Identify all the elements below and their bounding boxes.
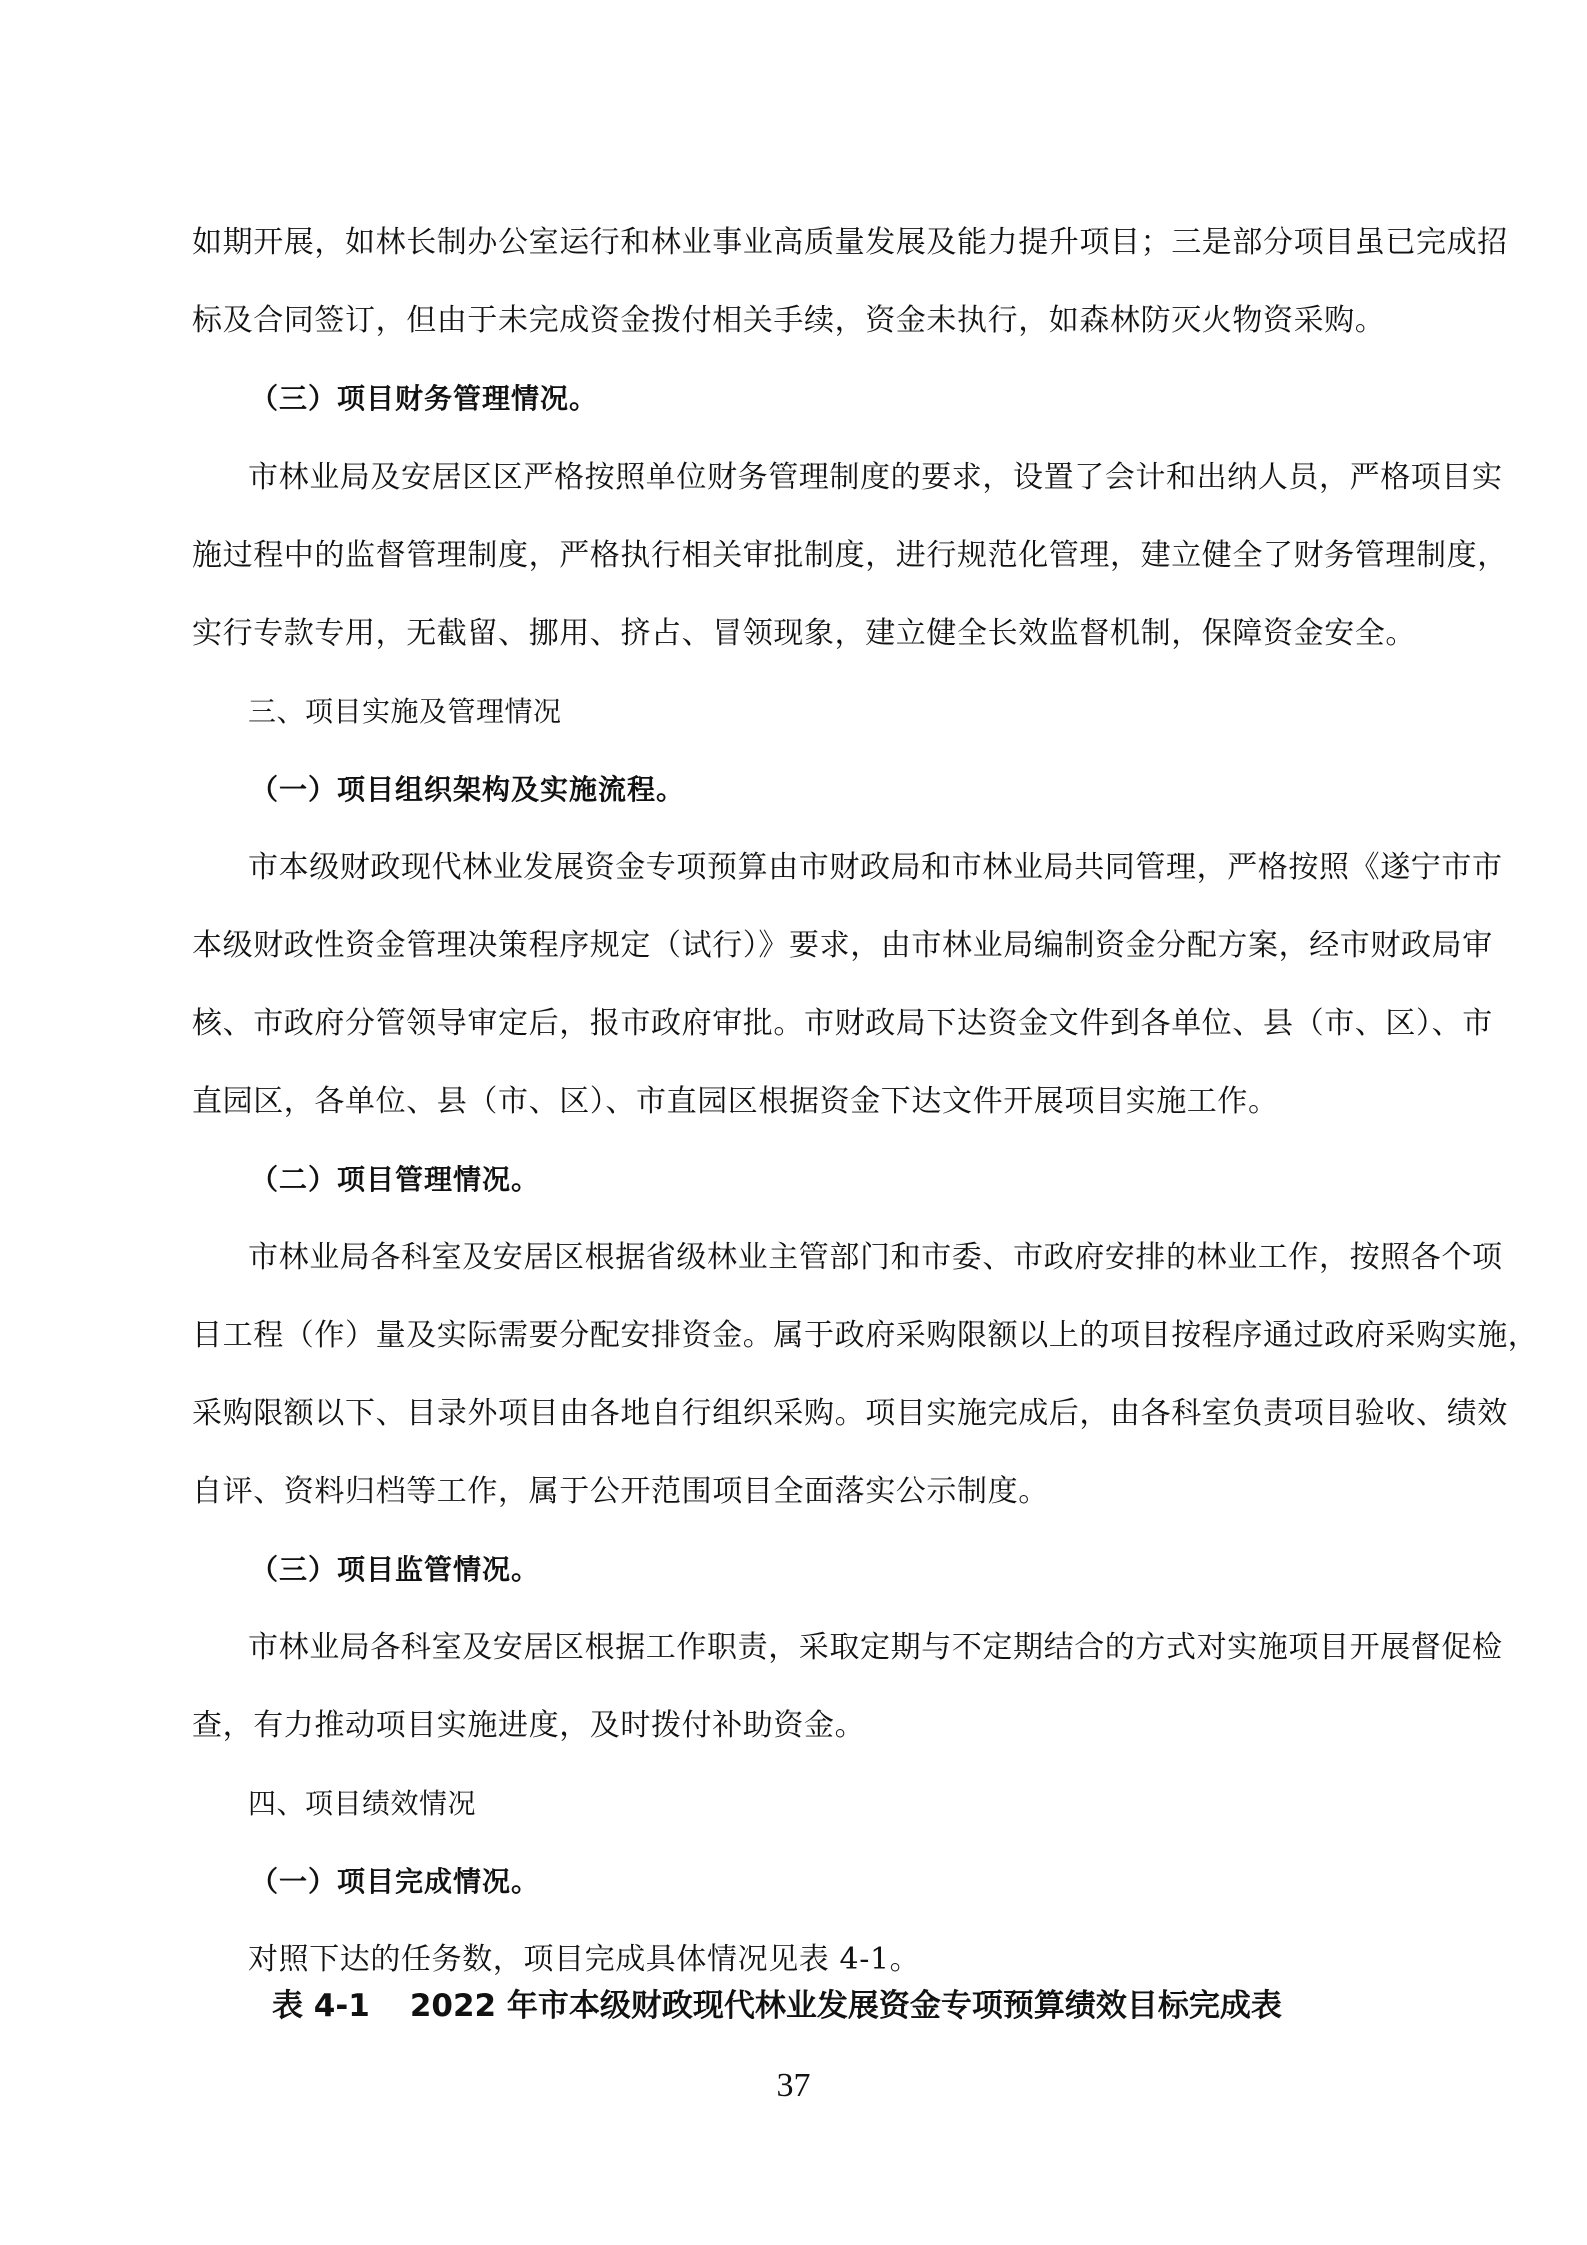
paragraph-line: 采购限额以下、目录外项目由各地自行组织采购。项目实施完成后，由各科室负责项目验收… xyxy=(192,1394,1408,1434)
paragraph-line: 实行专款专用，无截留、挪用、挤占、冒领现象，建立健全长效监督机制，保障资金安全。 xyxy=(192,614,1408,654)
subheading-project-management: （二）项目管理情况。 xyxy=(250,1160,540,1200)
section-heading-performance: 四、项目绩效情况 xyxy=(248,1784,476,1824)
paragraph-line: 核、市政府分管领导审定后，报市政府审批。市财政局下达资金文件到各单位、县（市、区… xyxy=(192,1004,1408,1044)
table-number: 表 4-1 xyxy=(272,1988,370,2024)
table-caption: 表 4-12022 年市本级财政现代林业发展资金专项预算绩效目标完成表 xyxy=(272,1984,1332,2028)
section-heading-implementation: 三、项目实施及管理情况 xyxy=(248,692,562,732)
paragraph-line: 如期开展，如林长制办公室运行和林业事业高质量发展及能力提升项目；三是部分项目虽已… xyxy=(192,223,1408,263)
paragraph-line: 直园区，各单位、县（市、区）、市直园区根据资金下达文件开展项目实施工作。 xyxy=(192,1082,1408,1122)
document-page: 如期开展，如林长制办公室运行和林业事业高质量发展及能力提升项目；三是部分项目虽已… xyxy=(0,0,1587,2245)
paragraph-line: 施过程中的监督管理制度，严格执行相关审批制度，进行规范化管理，建立健全了财务管理… xyxy=(192,536,1408,576)
paragraph-line: 市林业局及安居区区严格按照单位财务管理制度的要求，设置了会计和出纳人员，严格项目… xyxy=(248,458,1408,498)
subheading-completion: （一）项目完成情况。 xyxy=(250,1862,540,1902)
paragraph-line: 目工程（作）量及实际需要分配安排资金。属于政府采购限额以上的项目按程序通过政府采… xyxy=(192,1316,1408,1356)
paragraph-line: 市林业局各科室及安居区根据工作职责，采取定期与不定期结合的方式对实施项目开展督促… xyxy=(248,1628,1408,1668)
paragraph-line: 自评、资料归档等工作，属于公开范围项目全面落实公示制度。 xyxy=(192,1472,1408,1512)
paragraph-line: 市本级财政现代林业发展资金专项预算由市财政局和市林业局共同管理，严格按照《遂宁市… xyxy=(248,848,1408,888)
subheading-supervision: （三）项目监管情况。 xyxy=(250,1550,540,1590)
paragraph-line: 查，有力推动项目实施进度，及时拨付补助资金。 xyxy=(192,1706,1408,1746)
page-number: 37 xyxy=(0,2064,1587,2108)
paragraph-line: 对照下达的任务数，项目完成具体情况见表 4-1。 xyxy=(248,1940,1408,1980)
paragraph-line: 本级财政性资金管理决策程序规定（试行）》要求，由市林业局编制资金分配方案，经市财… xyxy=(192,926,1408,966)
paragraph-line: 标及合同签订，但由于未完成资金拨付相关手续，资金未执行，如森林防灭火物资采购。 xyxy=(192,301,1408,341)
table-title-text: 2022 年市本级财政现代林业发展资金专项预算绩效目标完成表 xyxy=(410,1988,1282,2024)
subheading-organization: （一）项目组织架构及实施流程。 xyxy=(250,770,685,810)
paragraph-line: 市林业局各科室及安居区根据省级林业主管部门和市委、市政府安排的林业工作，按照各个… xyxy=(248,1238,1408,1278)
subheading-finance-management: （三）项目财务管理情况。 xyxy=(250,379,598,419)
